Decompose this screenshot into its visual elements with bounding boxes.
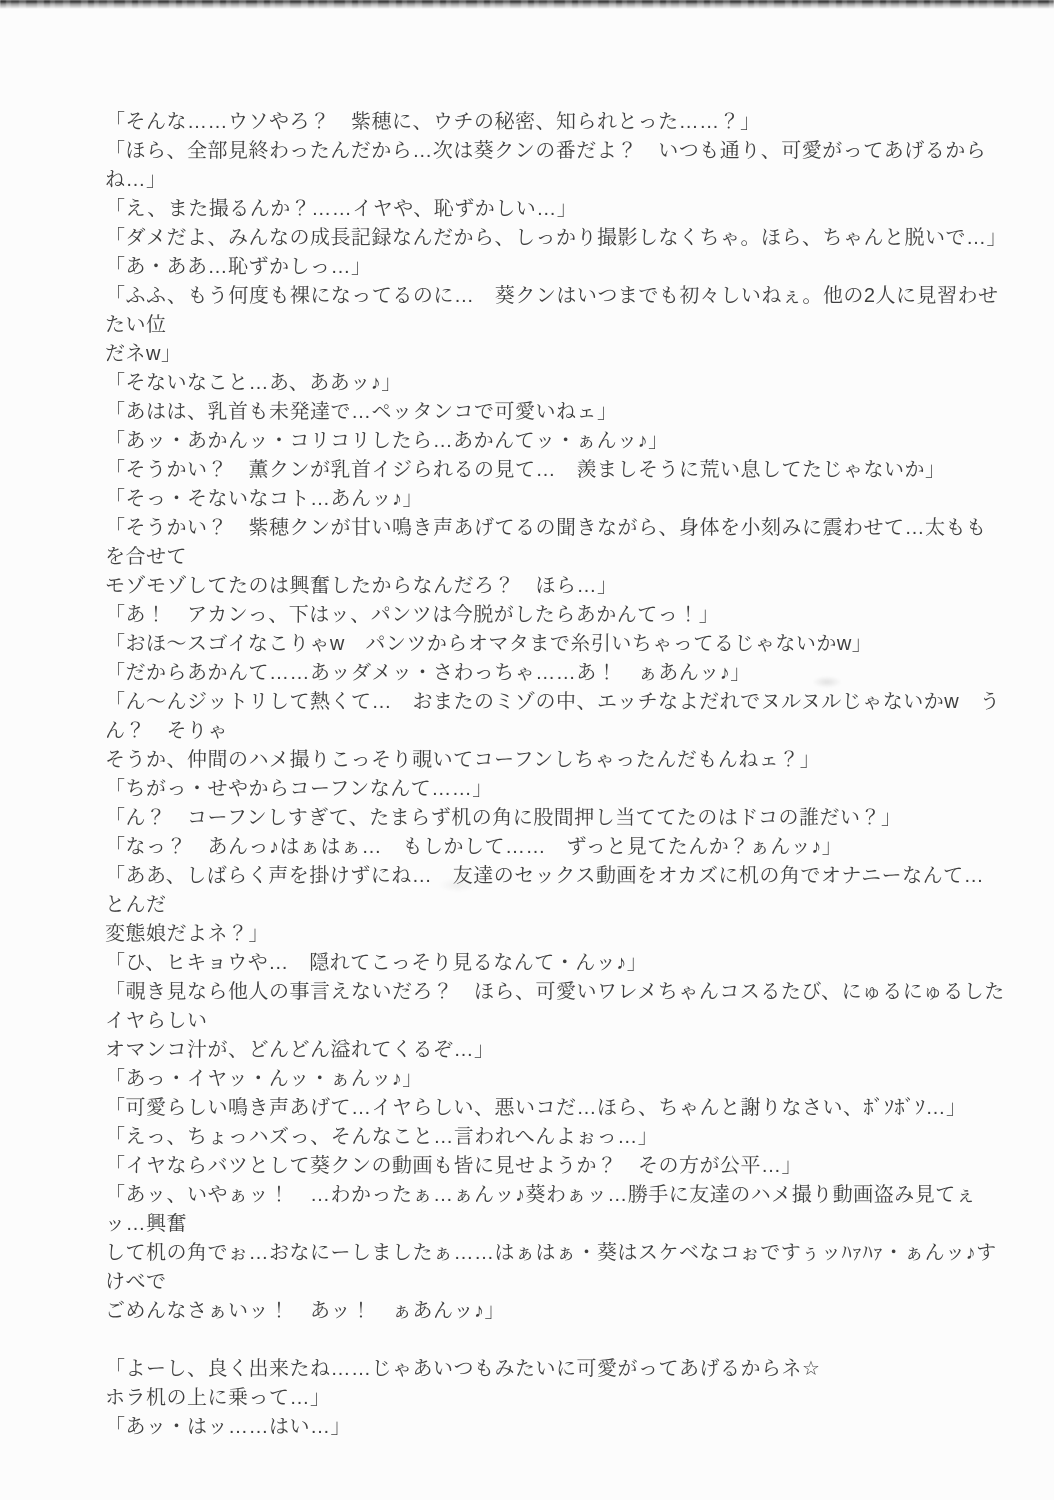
text-line: 「ん～んジットリして熱くて… おまたのミゾの中、エッチなよだれでヌルヌルじゃない… [105,688,1005,746]
text-line: 「なっ？ あんっ♪はぁはぁ… もしかして…… ずっと見てたんか？ぁんッ♪」 [105,833,1005,862]
text-line: 「あっ・イヤッ・んッ・ぁんッ♪」 [105,1065,1005,1094]
text-line: だネw」 [105,340,1005,369]
text-line: 「あ！ アカンっ、下はッ、パンツは今脱がしたらあかんてっ！」 [105,601,1005,630]
text-line [105,1326,1005,1355]
text-line: 変態娘だよネ？」 [105,920,1005,949]
text-line: 「あッ・はッ……はい…」 [105,1413,1005,1442]
text-line: 「よーし、良く出来たね……じゃあいつもみたいに可愛がってあげるからネ☆ [105,1355,1005,1384]
text-line: そうか、仲間のハメ撮りこっそり覗いてコーフンしちゃったんだもんねェ？」 [105,746,1005,775]
text-line: 「そんな……ウソやろ？ 紫穂に、ウチの秘密、知られとった……？」 [105,108,1005,137]
text-line: 「おほ～スゴイなこりゃw パンツからオマタまで糸引いちゃってるじゃないかw」 [105,630,1005,659]
text-line: 「ん？ コーフンしすぎて、たまらず机の角に股間押し当ててたのはドコの誰だい？」 [105,804,1005,833]
text-line: オマンコ汁が、どんどん溢れてくるぞ…」 [105,1036,1005,1065]
text-line: 「ああ、しばらく声を掛けずにね… 友達のセックス動画をオカズに机の角でオナニーな… [105,862,1005,920]
text-line: 「覗き見なら他人の事言えないだろ？ ほら、可愛いワレメちゃんコスるたび、にゅるに… [105,978,1005,1036]
dialogue-text-block: 「そんな……ウソやろ？ 紫穂に、ウチの秘密、知られとった……？」「ほら、全部見終… [105,108,1005,1442]
text-line: 「そないなこと…あ、ああッ♪」 [105,369,1005,398]
text-line: ホラ机の上に乗って…」 [105,1384,1005,1413]
text-line: ごめんなさぁいッ！ あッ！ ぁあんッ♪」 [105,1297,1005,1326]
text-line: 「そうかい？ 薫クンが乳首イジられるの見て… 羨ましそうに荒い息してたじゃないか… [105,456,1005,485]
text-line: 「そっ・そないなコト…あんッ♪」 [105,485,1005,514]
text-line: して机の角でぉ…おなにーしましたぁ……はぁはぁ・葵はスケベなコぉですぅッﾊｧﾊｧ… [105,1239,1005,1297]
text-line: 「ひ、ヒキョウや… 隠れてこっそり見るなんて・んッ♪」 [105,949,1005,978]
text-line: 「ダメだよ、みんなの成長記録なんだから、しっかり撮影しなくちゃ。ほら、ちゃんと脱… [105,224,1005,253]
text-line: 「可愛らしい鳴き声あげて…イヤらしい、悪いコだ…ほら、ちゃんと謝りなさい、ﾎﾞｿ… [105,1094,1005,1123]
text-line: 「あはは、乳首も未発達で…ペッタンコで可愛いねェ」 [105,398,1005,427]
text-line: 「えっ、ちょっハズっ、そんなこと…言われへんよぉっ…」 [105,1123,1005,1152]
text-line: 「あッ、いやぁッ！ …わかったぁ…ぁんッ♪葵わぁッ…勝手に友達のハメ撮り動画盗み… [105,1181,1005,1239]
text-line: 「あッ・あかんッ・コリコリしたら…あかんてッ・ぁんッ♪」 [105,427,1005,456]
text-line: 「あ・ああ…恥ずかしっ…」 [105,253,1005,282]
text-line: 「イヤならバツとして葵クンの動画も皆に見せようか？ その方が公平…」 [105,1152,1005,1181]
text-line: 「ほら、全部見終わったんだから…次は葵クンの番だよ？ いつも通り、可愛がってあげ… [105,137,1005,195]
scan-edge-artifact [0,0,1054,9]
text-line: 「え、また撮るんか？……イヤや、恥ずかしい…」 [105,195,1005,224]
text-line: 「だからあかんて……あッダメッ・さわっちゃ……あ！ ぁあんッ♪」 [105,659,1005,688]
text-line: モゾモゾしてたのは興奮したからなんだろ？ ほら…」 [105,572,1005,601]
scanned-page: 「そんな……ウソやろ？ 紫穂に、ウチの秘密、知られとった……？」「ほら、全部見終… [0,0,1054,1500]
text-line: 「そうかい？ 紫穂クンが甘い鳴き声あげてるの聞きながら、身体を小刻みに震わせて…… [105,514,1005,572]
text-line: 「ふふ、もう何度も裸になってるのに… 葵クンはいつまでも初々しいねぇ。他の2人に… [105,282,1005,340]
text-line: 「ちがっ・せやからコーフンなんて……」 [105,775,1005,804]
